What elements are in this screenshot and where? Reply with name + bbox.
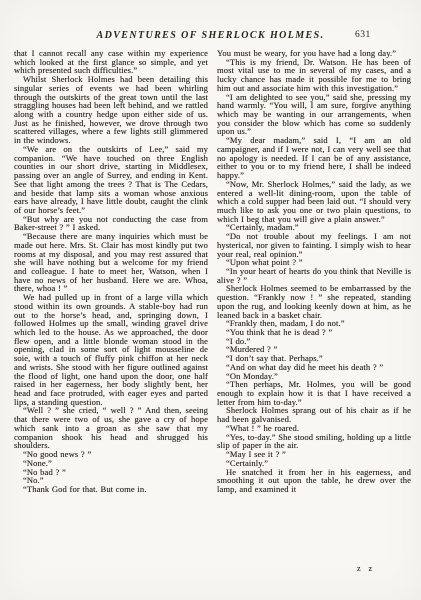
text-column-left: that I cannot recall any case within my … [14, 49, 208, 494]
text-body: that I cannot recall any case within my … [14, 49, 411, 494]
paragraph: He snatched it from her in his eagerness… [217, 468, 411, 494]
paragraph: Sherlock Holmes seemed to be embarrassed… [217, 284, 411, 319]
paragraph: “Do not trouble about my feelings. I am … [217, 232, 411, 258]
paragraph: that I cannot recall any case within my … [14, 49, 208, 75]
page-number: 631 [355, 30, 371, 40]
paragraph: “We are on the outskirts of Lee,” said m… [14, 145, 208, 215]
paragraph: “I am delighted to see you,” said she, p… [217, 93, 411, 137]
text-column-right: You must be weary, for you have had a lo… [217, 49, 411, 494]
paragraph: “Yes, to-day.” She stood smiling, holdin… [217, 433, 411, 450]
printer-signature: z z [357, 564, 375, 573]
paragraph: Whilst Sherlock Holmes had been detailin… [14, 75, 208, 145]
paragraph: “My dear madam,” said I, “I am an old ca… [217, 136, 411, 180]
paragraph: “In your heart of hearts do you think th… [217, 267, 411, 284]
paragraph: “Well ? ” she cried, “ well ? ” And then… [14, 406, 208, 450]
running-header: ADVENTURES OF SHERLOCK HOLMES. 631 [14, 30, 407, 44]
paragraph: Sherlock Holmes sprang out of his chair … [217, 406, 411, 423]
paragraph: “Then perhaps, Mr. Holmes, you will be g… [217, 380, 411, 406]
running-title: ADVENTURES OF SHERLOCK HOLMES. [14, 30, 407, 41]
book-page: ADVENTURES OF SHERLOCK HOLMES. 631 that … [0, 0, 421, 600]
paragraph: “Thank God for that. But come in. [14, 485, 208, 494]
paragraph: “This is my friend, Dr. Watson. He has b… [217, 58, 411, 93]
paragraph: “But why are you not conducting the case… [14, 215, 208, 232]
paragraph: We had pulled up in front of a large vil… [14, 293, 208, 406]
paragraph: “Now, Mr. Sherlock Holmes,” said the lad… [217, 180, 411, 224]
paragraph: “Because there are many inquiries which … [14, 232, 208, 293]
